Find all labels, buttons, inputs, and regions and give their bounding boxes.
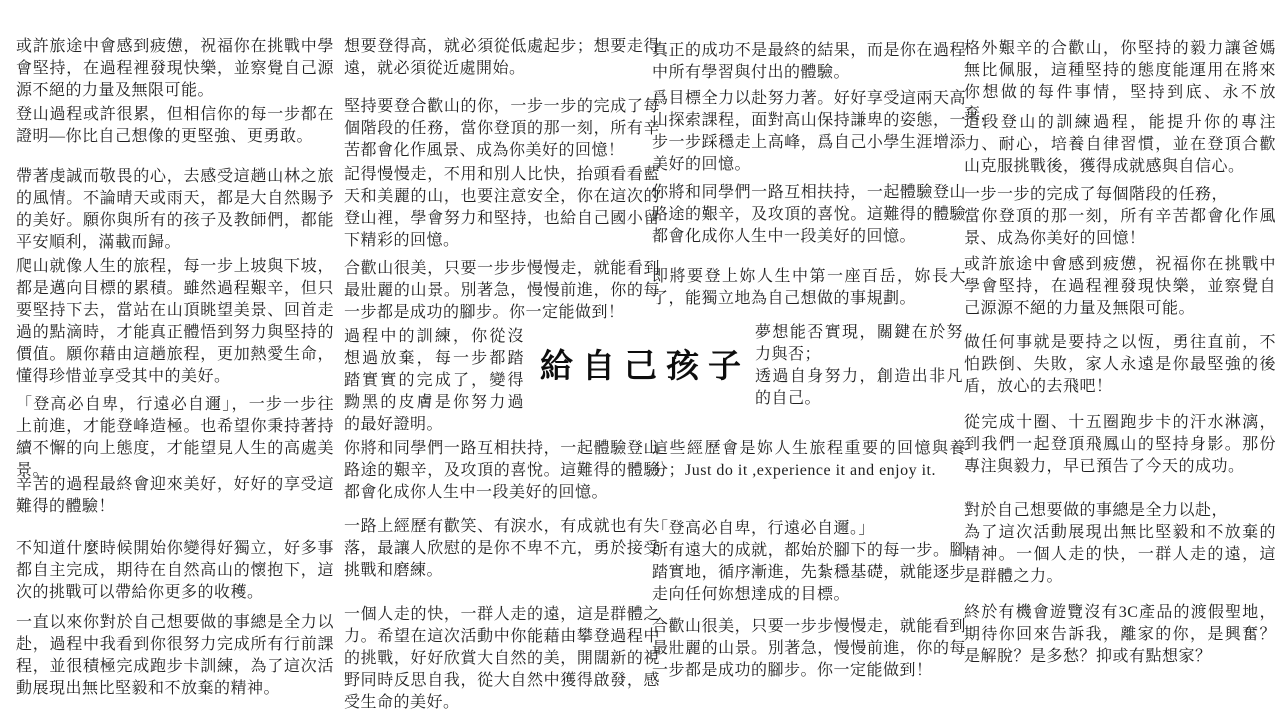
page-title: 給自己孩子	[540, 340, 750, 387]
letter-paragraph: 想要登得高，就必須從低處起步；想要走得遠，就必須從近處開始。	[344, 36, 660, 80]
letter-paragraph: 合歡山很美，只要一步步慢慢走，就能看到最壯麗的山景。別著急，慢慢前進，你的每一步…	[344, 258, 660, 324]
letter-paragraph: 「登高必自卑，行遠必自邇。」 所有遠大的成就，都始於腳下的每一步。腳踏實地，循序…	[652, 518, 966, 606]
letter-paragraph: 堅持要登合歡山的你，一步一步的完成了每個階段的任務，當你登頂的那一刻，所有辛苦都…	[344, 96, 660, 162]
letter-paragraph: 這些經歷會是妳人生旅程重要的回憶與養分；Just do it ,experien…	[652, 438, 966, 482]
letter-paragraph: 記得慢慢走，不用和別人比快，抬頭看看藍天和美麗的山，也要注意安全，你在這次的登山…	[344, 164, 660, 252]
letter-paragraph: 合歡山很美，只要一步步慢慢走，就能看到最壯麗的山景。別著急，慢慢前進，你的每一步…	[652, 616, 966, 682]
letter-paragraph: 你將和同學們一路互相扶持，一起體驗登山路途的艱辛，及攻頂的喜悅。這難得的體驗都會…	[652, 182, 966, 248]
letter-paragraph: 或許旅途中會感到疲憊，祝福你在挑戰中學會堅持，在過程裡發現快樂，並察覺自己源源不…	[16, 36, 334, 102]
letter-paragraph: 從完成十圈、十五圈跑步卡的汗水淋漓，到我們一起登頂飛鳳山的堅持身影。那份專注與毅…	[964, 412, 1276, 478]
letter-paragraph: 「登高必自卑，行遠必自邇」，一步一步往上前進，才能登峰造極。也希望你秉持著持續不…	[16, 394, 334, 482]
letter-paragraph: 真正的成功不是最終的結果，而是你在過程中所有學習與付出的體驗。	[652, 40, 966, 84]
letter-paragraph: 不知道什麼時候開始你變得好獨立，好多事都自主完成，期待在自然高山的懷抱下，這次的…	[16, 538, 334, 604]
letter-paragraph: 這段登山的訓練過程，能提升你的專注力、耐心，培養自律習慣，並在登頂合歡山克服挑戰…	[964, 112, 1276, 178]
letter-paragraph: 或許旅途中會感到疲憊，祝福你在挑戰中學會堅持，在過程裡發現快樂，並察覺自己源源不…	[964, 254, 1276, 320]
letter-paragraph: 做任何事就是要持之以恆，勇往直前，不怕跌倒、失敗，家人永遠是你最堅強的後盾，放心…	[964, 332, 1276, 398]
letter-paragraph: 即將要登上妳人生中第一座百岳，妳長大了，能獨立地為自己想做的事規劃。	[652, 266, 966, 310]
letter-paragraph: 一步一步的完成了每個階段的任務， 當你登頂的那一刻，所有辛苦都會化作風景、成為你…	[964, 184, 1276, 250]
letter-paragraph: 爬山就像人生的旅程，每一步上坡與下坡，都是邁向目標的累積。雖然過程艱辛，但只要堅…	[16, 256, 334, 388]
letter-paragraph: 你將和同學們一路互相扶持，一起體驗登山路途的艱辛，及攻頂的喜悅。這難得的體驗都會…	[344, 438, 660, 504]
letter-paragraph: 一直以來你對於自己想要做的事總是全力以赴，過程中我看到你很努力完成所有行前課程，…	[16, 612, 334, 700]
letter-paragraph: 一路上經歷有歡笑、有淚水，有成就也有失落，最讓人欣慰的是你不卑不亢，勇於接受挑戰…	[344, 516, 660, 582]
letter-paragraph: 帶著虔誠而敬畏的心，去感受這趟山林之旅的風情。不論晴天或雨天，都是大自然賜予的美…	[16, 166, 334, 254]
letter-paragraph: 辛苦的過程最終會迎來美好，好好的享受這難得的體驗！	[16, 474, 334, 518]
letter-paragraph: 夢想能否實現，關鍵在於努力與否； 透過自身努力，創造出非凡的自己。	[755, 322, 963, 410]
letters-document-page: 或許旅途中會感到疲憊，祝福你在挑戰中學會堅持，在過程裡發現快樂，並察覺自己源源不…	[0, 0, 1280, 720]
letter-paragraph: 過程中的訓練，你從沒想過放棄，每一步都踏踏實實的完成了，變得黝黑的皮膚是你努力過…	[344, 326, 524, 436]
letter-paragraph: 終於有機會遊覽沒有3C產品的渡假聖地，期待你回來告訴我，離家的你，是興奮？是解脫…	[964, 602, 1276, 668]
letter-paragraph: 登山過程或許很累，但相信你的每一步都在證明—你比自己想像的更堅強、更勇敢。	[16, 104, 334, 148]
letter-paragraph: 爲目標全力以赴努力著。好好享受這兩天高山探索課程，面對高山保持謙卑的姿態，一步一…	[652, 88, 966, 176]
letter-paragraph: 對於自己想要做的事總是全力以赴， 為了這次活動展現出無比堅毅和不放棄的精神。一個…	[964, 500, 1276, 588]
letter-paragraph: 一個人走的快，一群人走的遠，這是群體之力。希望在這次活動中你能藉由攀登過程中的挑…	[344, 604, 660, 714]
